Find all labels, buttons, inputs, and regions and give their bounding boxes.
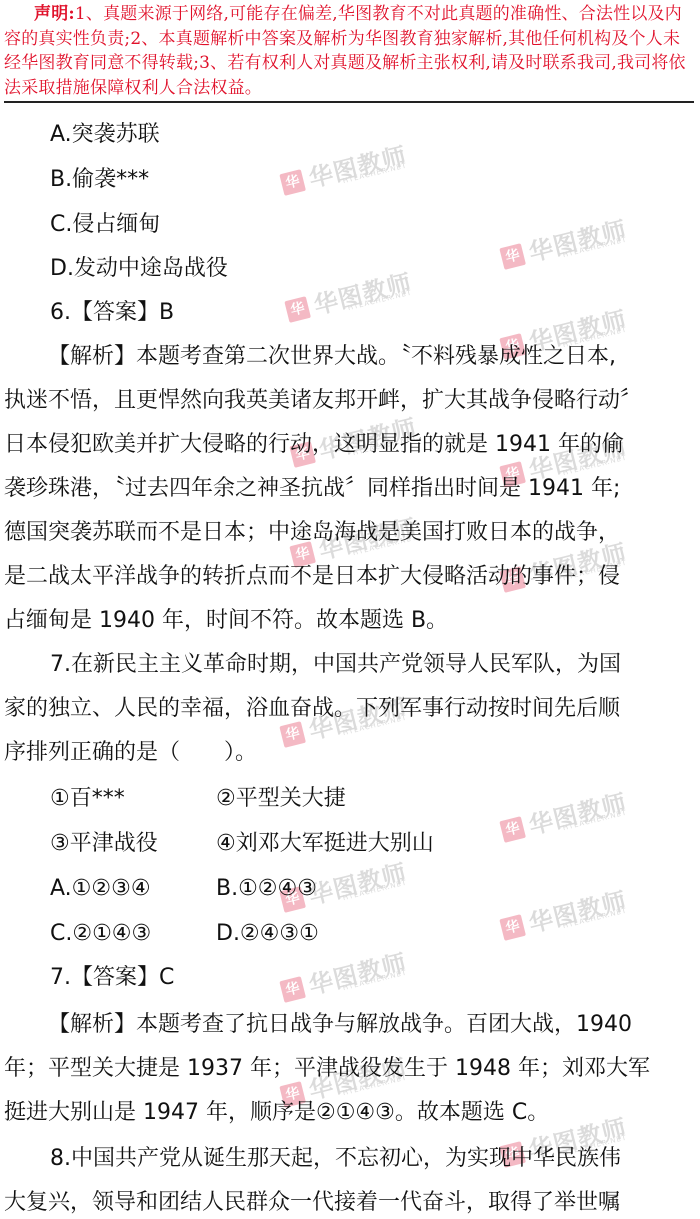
q6-analysis-line: 占缅甸是 1940 年，时间不符。故本题选 B。 bbox=[4, 610, 696, 632]
q8-stem-line: 8.中国共产党从诞生那天起，不忘初心，为实现中华民族伟 bbox=[50, 1148, 700, 1170]
q6-analysis-line: 执迷不悟，且更悍然向我英美诸友邦开衅，扩大其战争侵略行动〞 bbox=[4, 390, 696, 412]
q7-analysis-line: 【解析】本题考查了抗日战争与解放战争。百团大战，1940 bbox=[48, 1014, 700, 1036]
q7-option-c: C.②①④③ bbox=[50, 921, 151, 946]
q6-answer: 6.【答案】B bbox=[50, 302, 700, 324]
q7-item-3: ③平津战役 bbox=[50, 831, 158, 856]
disclaimer: 声明:1、真题来源于网络,可能存在偏差,华图教育不对此真题的准确性、合法性以及内… bbox=[4, 2, 694, 100]
q7-option-b: B.①②④③ bbox=[216, 878, 317, 900]
q6-analysis-line: 【解析】本题考查第二次世界大战。〝不料残暴成性之日本, bbox=[48, 346, 700, 368]
q7-answer: 7.【答案】C bbox=[50, 967, 700, 989]
disclaimer-text: 1、真题来源于网络,可能存在偏差,华图教育不对此真题的准确性、合法性以及内容的真… bbox=[4, 4, 686, 98]
q6-analysis-line: 袭珍珠港，〝过去四年余之神圣抗战〞同样指出时间是 1941 年; bbox=[4, 478, 696, 500]
q7-analysis-line: 年；平型关大捷是 1937 年；平津战役发生于 1948 年；刘邓大军 bbox=[4, 1058, 696, 1080]
disclaimer-label: 声明: bbox=[34, 4, 75, 24]
q6-analysis-line: 德国突袭苏联而不是日本；中途岛海战是美国打败日本的战争， bbox=[4, 522, 696, 544]
q6-analysis-line: 是二战太平洋战争的转折点而不是日本扩大侵略活动的事件；侵 bbox=[4, 566, 696, 588]
q6-option-a: A.突袭苏联 bbox=[50, 124, 700, 146]
q6-option-c: C.侵占缅甸 bbox=[50, 214, 700, 236]
q8-stem-line: 大复兴，领导和团结人民群众一代接着一代奋斗，取得了举世嘱 bbox=[4, 1192, 696, 1214]
q7-option-a: A.①②③④ bbox=[50, 876, 151, 901]
q7-items-row: ③平津战役 ④刘邓大军挺进大别山 bbox=[50, 833, 700, 855]
q6-option-b: B.偷袭*** bbox=[50, 169, 700, 191]
q7-options-row: A.①②③④ B.①②④③ bbox=[50, 878, 700, 900]
q7-stem-line: 序排列正确的是（ ）。 bbox=[4, 742, 696, 764]
q7-options-row: C.②①④③ D.②④③① bbox=[50, 923, 700, 945]
q7-item-2: ②平型关大捷 bbox=[216, 788, 346, 810]
q7-items-row: ①百*** ②平型关大捷 bbox=[50, 788, 700, 810]
q7-stem-line: 家的独立、人民的幸福，浴血奋战。下列军事行动按时间先后顺 bbox=[4, 698, 696, 720]
q7-item-4: ④刘邓大军挺进大别山 bbox=[216, 833, 434, 855]
divider bbox=[4, 101, 694, 103]
q7-option-d: D.②④③① bbox=[216, 923, 319, 945]
q7-item-1: ①百*** bbox=[50, 786, 125, 811]
q6-option-d: D.发动中途岛战役 bbox=[50, 258, 700, 280]
q6-analysis-line: 日本侵犯欧美并扩大侵略的行动，这明显指的就是 1941 年的偷 bbox=[4, 434, 696, 456]
q7-stem-line: 7.在新民主主义革命时期，中国共产党领导人民军队，为国 bbox=[50, 654, 700, 676]
q7-analysis-line: 挺进大别山是 1947 年，顺序是②①④③。故本题选 C。 bbox=[4, 1102, 696, 1124]
